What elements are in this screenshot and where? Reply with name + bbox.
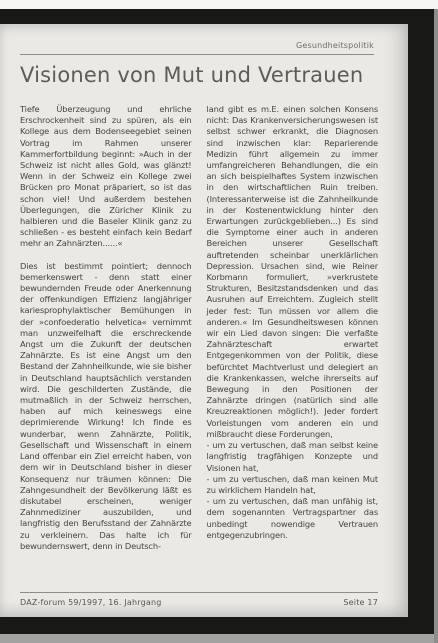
- scanner-edge-top: [0, 0, 438, 9]
- journal-footer: DAZ-forum 59/1997, 16. Jahrgang: [20, 598, 162, 607]
- text-column-left: Tiefe Überzeugung und ehrliche Erschrock…: [20, 104, 192, 589]
- scanner-edge-bottom: [0, 634, 434, 643]
- list-item: - um zu vertuschen, daß man unfähig ist,…: [207, 496, 379, 541]
- list-item: - um zu vertuschen, daß man selbst keine…: [207, 440, 379, 474]
- scanned-journal-page: Gesundheitspolitik Visionen von Mut und …: [0, 0, 438, 643]
- text-column-right: land gibt es m.E. einen solchen Konsens …: [207, 104, 379, 589]
- paragraph: land gibt es m.E. einen solchen Konsens …: [207, 104, 379, 440]
- list-item: - um zu vertuschen, daß man keinen Mut z…: [207, 474, 379, 496]
- section-label: Gesundheitspolitik: [296, 41, 374, 50]
- paragraph: Tiefe Überzeugung und ehrliche Erschrock…: [20, 104, 192, 250]
- header-rule: [20, 54, 374, 55]
- footer-rule: [20, 592, 378, 593]
- page-number: Seite 17: [343, 598, 378, 607]
- article-title: Visionen von Mut und Vertrauen: [20, 63, 388, 87]
- article-body: Tiefe Überzeugung und ehrliche Erschrock…: [20, 104, 378, 589]
- paper-page: Gesundheitspolitik Visionen von Mut und …: [0, 24, 408, 617]
- paragraph: Dies ist bestimmt pointiert; dennoch bem…: [20, 261, 192, 552]
- scanner-edge-right: [434, 9, 438, 643]
